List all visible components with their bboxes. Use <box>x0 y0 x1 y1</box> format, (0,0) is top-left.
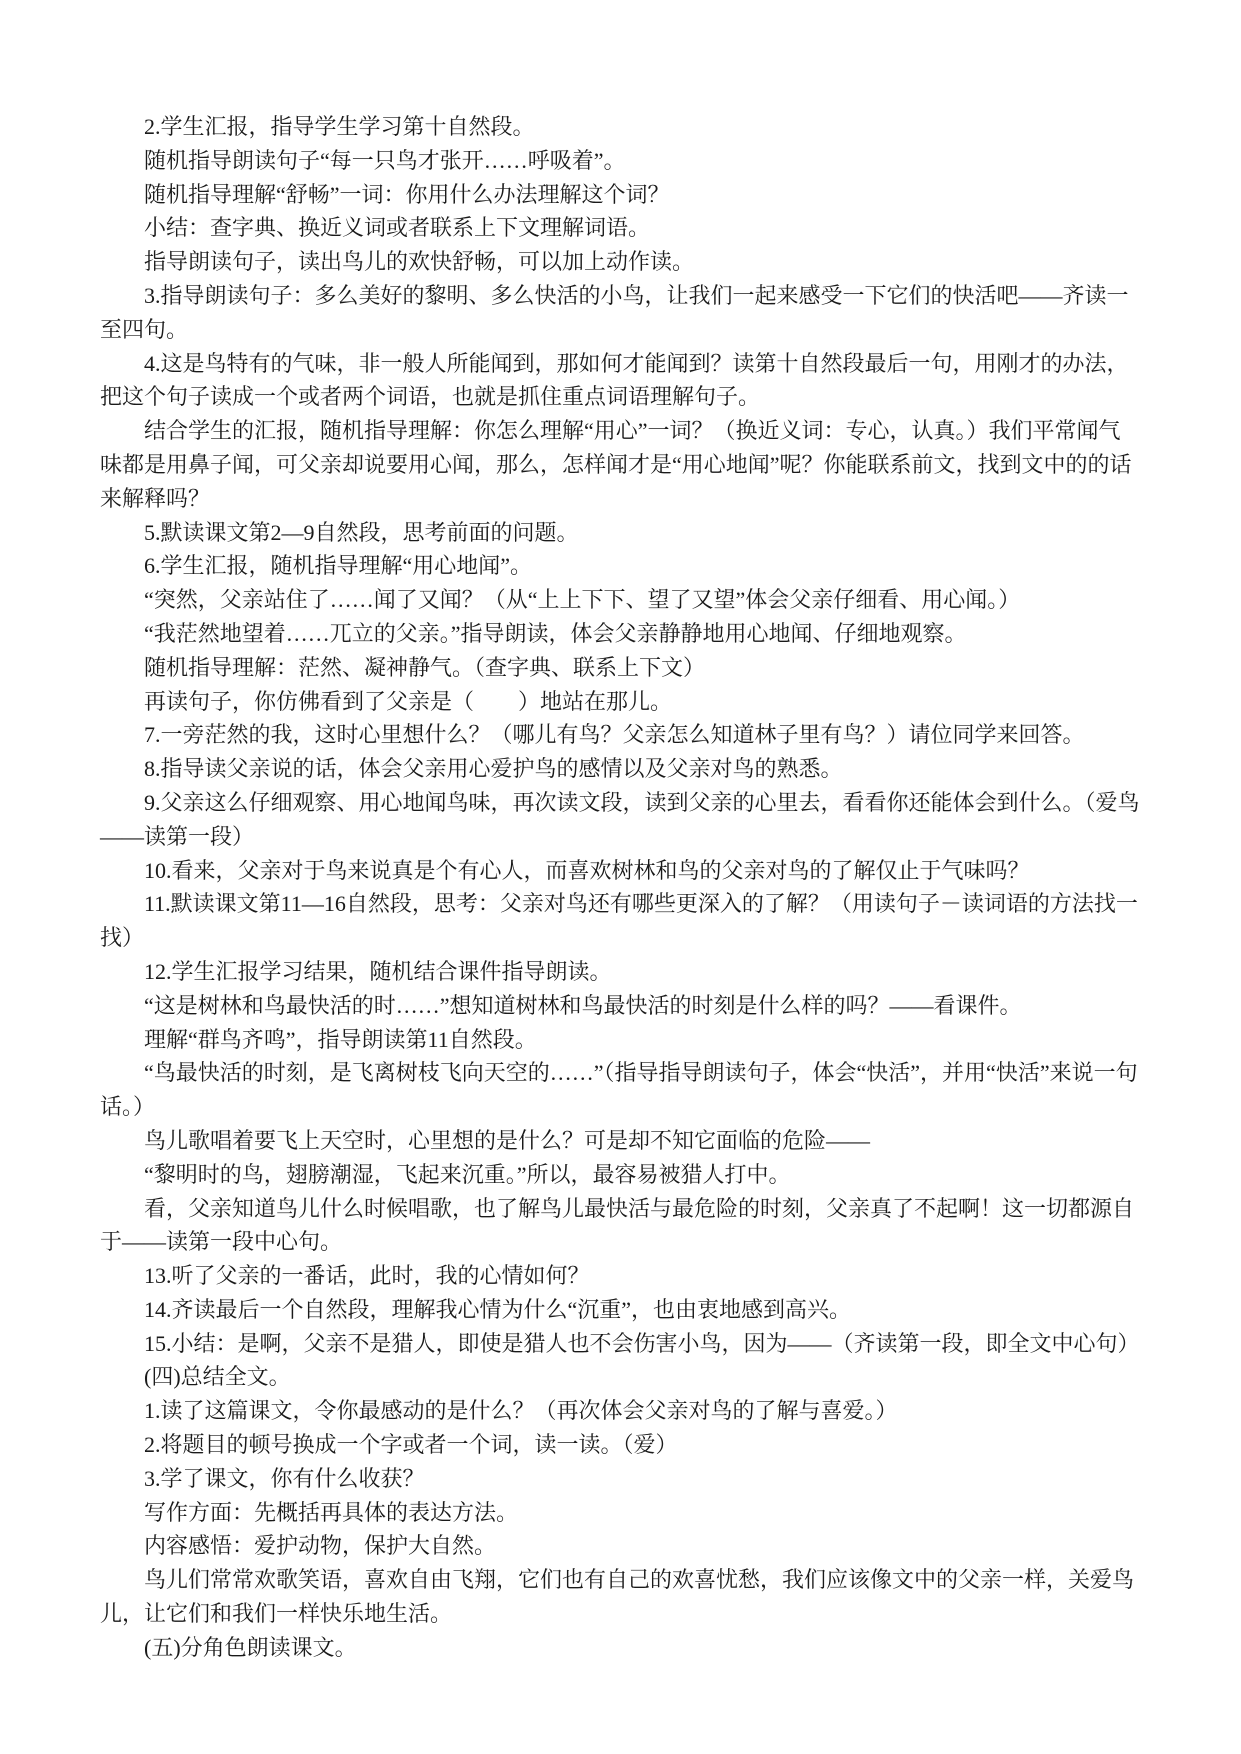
paragraph: 写作方面：先概括再具体的表达方法。 <box>100 1496 1140 1530</box>
paragraph: 再读句子，你仿佛看到了父亲是（ ）地站在那儿。 <box>100 685 1140 719</box>
paragraph: 15.小结：是啊，父亲不是猎人，即使是猎人也不会伤害小鸟，因为——（齐读第一段，… <box>100 1327 1140 1361</box>
paragraph: 随机指导理解“舒畅”一词：你用什么办法理解这个词？ <box>100 178 1140 212</box>
document-body: 2.学生汇报，指导学生学习第十自然段。随机指导朗读句子“每一只鸟才张开……呼吸着… <box>100 110 1140 1665</box>
paragraph: 12.学生汇报学习结果，随机结合课件指导朗读。 <box>100 955 1140 989</box>
paragraph: 小结：查字典、换近义词或者联系上下文理解词语。 <box>100 211 1140 245</box>
paragraph: 3.学了课文，你有什么收获？ <box>100 1462 1140 1496</box>
paragraph: 1.读了这篇课文，令你最感动的是什么？（再次体会父亲对鸟的了解与喜爱。） <box>100 1394 1140 1428</box>
paragraph: 2.学生汇报，指导学生学习第十自然段。 <box>100 110 1140 144</box>
paragraph: 结合学生的汇报，随机指导理解：你怎么理解“用心”一词？（换近义词：专心，认真。）… <box>100 414 1140 515</box>
paragraph: 13.听了父亲的一番话，此时，我的心情如何？ <box>100 1259 1140 1293</box>
paragraph: 2.将题目的顿号换成一个字或者一个词，读一读。（爱） <box>100 1428 1140 1462</box>
paragraph: 5.默读课文第2—9自然段，思考前面的问题。 <box>100 516 1140 550</box>
paragraph: 4.这是鸟特有的气味，非一般人所能闻到，那如何才能闻到？读第十自然段最后一句，用… <box>100 347 1140 415</box>
document-page: 2.学生汇报，指导学生学习第十自然段。随机指导朗读句子“每一只鸟才张开……呼吸着… <box>0 0 1241 1754</box>
paragraph: 鸟儿们常常欢歌笑语，喜欢自由飞翔，它们也有自己的欢喜忧愁，我们应该像文中的父亲一… <box>100 1563 1140 1631</box>
paragraph: 6.学生汇报，随机指导理解“用心地闻”。 <box>100 549 1140 583</box>
paragraph: 指导朗读句子，读出鸟儿的欢快舒畅，可以加上动作读。 <box>100 245 1140 279</box>
paragraph: (五)分角色朗读课文。 <box>100 1631 1140 1665</box>
paragraph: 14.齐读最后一个自然段，理解我心情为什么“沉重”，也由衷地感到高兴。 <box>100 1293 1140 1327</box>
paragraph: “鸟最快活的时刻，是飞离树枝飞向天空的……”（指导指导朗读句子，体会“快活”，并… <box>100 1056 1140 1124</box>
paragraph: 10.看来，父亲对于鸟来说真是个有心人，而喜欢树林和鸟的父亲对鸟的了解仅止于气味… <box>100 854 1140 888</box>
paragraph: 9.父亲这么仔细观察、用心地闻鸟味，再次读文段，读到父亲的心里去，看看你还能体会… <box>100 786 1140 854</box>
paragraph: 11.默读课文第11—16自然段，思考：父亲对鸟还有哪些更深入的了解？（用读句子… <box>100 887 1140 955</box>
paragraph: 鸟儿歌唱着要飞上天空时，心里想的是什么？可是却不知它面临的危险—— <box>100 1124 1140 1158</box>
paragraph: “黎明时的鸟，翅膀潮湿，飞起来沉重。”所以，最容易被猎人打中。 <box>100 1158 1140 1192</box>
paragraph: 3.指导朗读句子：多么美好的黎明、多么快活的小鸟，让我们一起来感受一下它们的快活… <box>100 279 1140 347</box>
paragraph: 随机指导朗读句子“每一只鸟才张开……呼吸着”。 <box>100 144 1140 178</box>
paragraph: 内容感悟：爱护动物，保护大自然。 <box>100 1529 1140 1563</box>
paragraph: “这是树林和鸟最快活的时……”想知道树林和鸟最快活的时刻是什么样的吗？——看课件… <box>100 989 1140 1023</box>
paragraph: “我茫然地望着……兀立的父亲。”指导朗读，体会父亲静静地用心地闻、仔细地观察。 <box>100 617 1140 651</box>
paragraph: 看，父亲知道鸟儿什么时候唱歌，也了解鸟儿最快活与最危险的时刻，父亲真了不起啊！这… <box>100 1192 1140 1260</box>
paragraph: 8.指导读父亲说的话，体会父亲用心爱护鸟的感情以及父亲对鸟的熟悉。 <box>100 752 1140 786</box>
paragraph: 7.一旁茫然的我，这时心里想什么？（哪儿有鸟？父亲怎么知道林子里有鸟？）请位同学… <box>100 718 1140 752</box>
paragraph: (四)总结全文。 <box>100 1360 1140 1394</box>
paragraph: 随机指导理解：茫然、凝神静气。（查字典、联系上下文） <box>100 651 1140 685</box>
paragraph: “突然，父亲站住了……闻了又闻？（从“上上下下、望了又望”体会父亲仔细看、用心闻… <box>100 583 1140 617</box>
paragraph: 理解“群鸟齐鸣”，指导朗读第11自然段。 <box>100 1023 1140 1057</box>
